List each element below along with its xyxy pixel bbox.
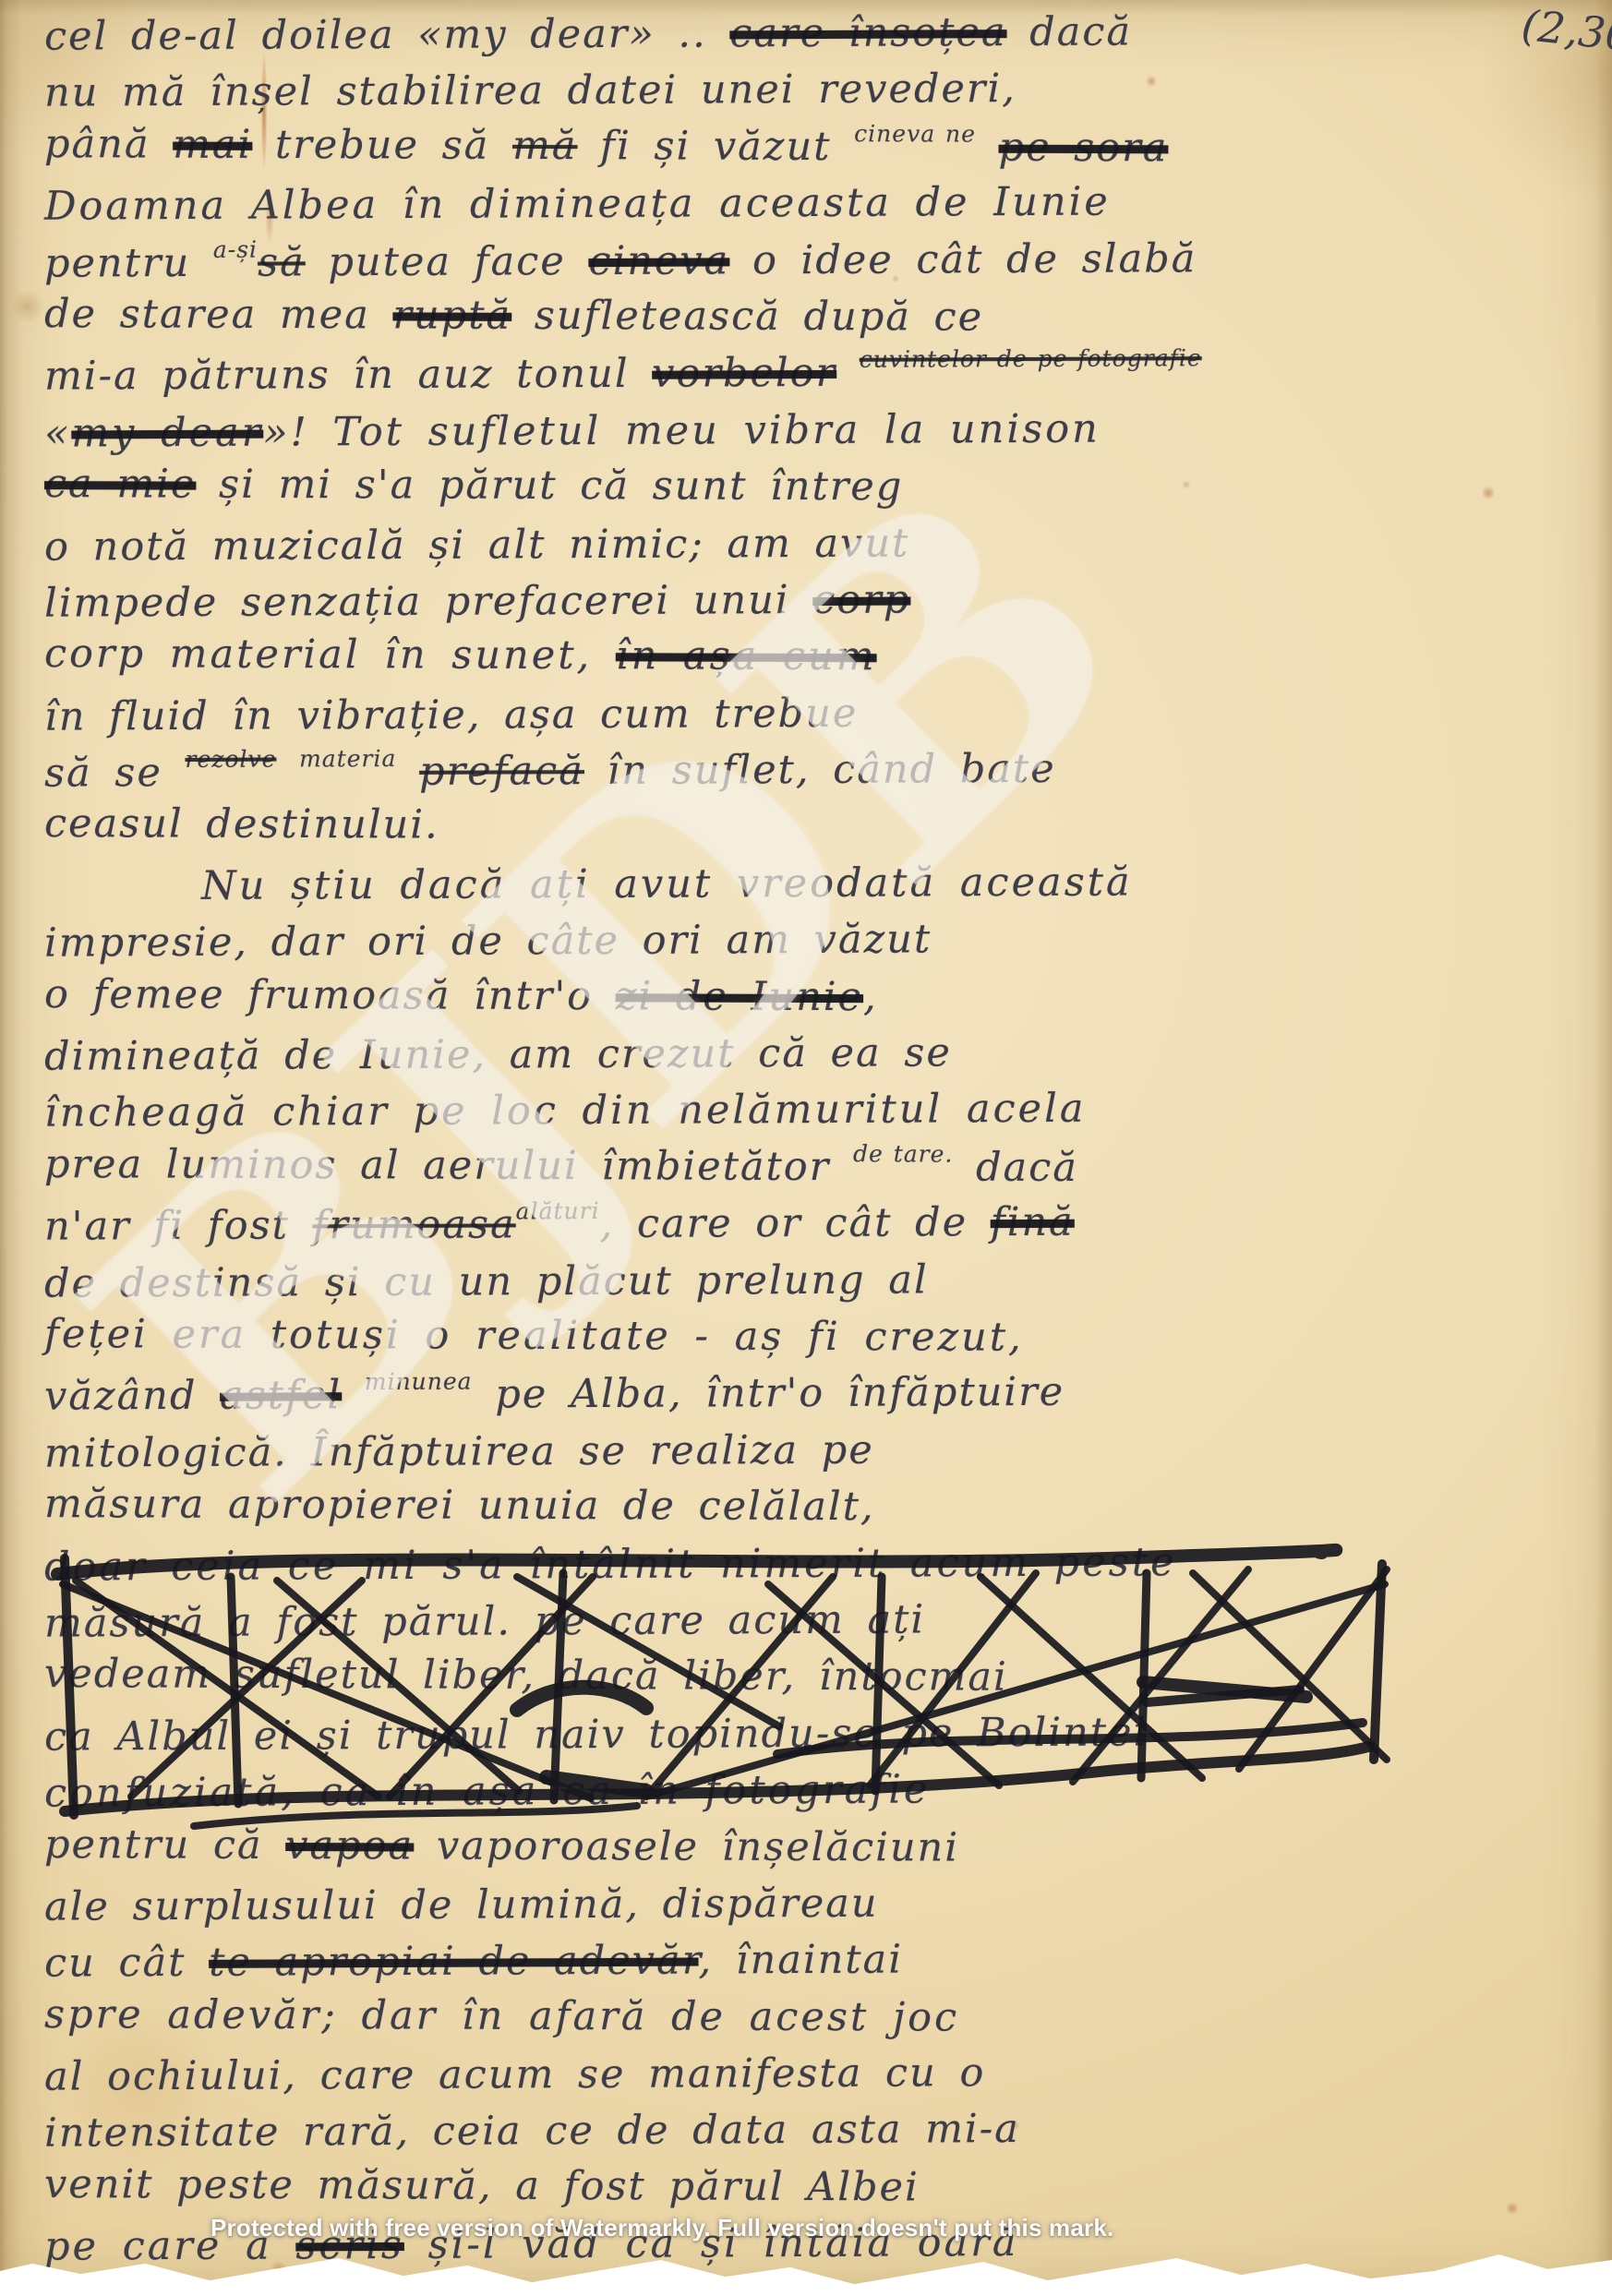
handwriting-segment: pentru — [44, 239, 213, 286]
manuscript-line: venit peste măsură, a fost părul Albei — [44, 2157, 1584, 2218]
handwriting-segment: o idee cât de slabă — [729, 235, 1197, 283]
struck-word: pe sora — [999, 124, 1169, 171]
manuscript-line: cu cât te apropiai de adevăr, înaintai — [44, 1929, 1584, 1993]
struck-word: my dear — [71, 409, 263, 456]
handwriting-segment: mi-a pătruns în auz tonul — [44, 351, 652, 400]
struck-word: ruptă — [392, 292, 511, 338]
struck-word: fină — [991, 1199, 1075, 1245]
handwriting-segment: pe Alba, într'o înfăptuire — [473, 1369, 1065, 1418]
manuscript-scan: cel de-al doilea «my dear» .. care însoț… — [0, 0, 1612, 2296]
handwriting-segment — [836, 350, 860, 396]
manuscript-line: ca Albul ei și trupul naiv topindu-se pe… — [44, 1702, 1584, 1766]
handwriting-segment: cu cât — [44, 1940, 209, 1987]
handwriting-segment: de starea mea — [44, 291, 393, 338]
struck-word: să — [258, 239, 306, 285]
handwriting-segment: a-și — [213, 235, 258, 262]
struck-word: te apropiai de adevăr — [209, 1938, 699, 1986]
struck-word: cineva — [588, 237, 729, 284]
handwriting-segment: trebue să — [252, 122, 512, 169]
manuscript-line: ale surplusului de lumină, dispăreau — [44, 1872, 1584, 1936]
manuscript-line: nu mă înșel stabilirea datei unei revede… — [44, 59, 1584, 123]
handwriting-segment: vaporoasele înșelăciuni — [414, 1822, 959, 1870]
struck-word: mă — [512, 123, 578, 169]
handwriting-segment: ale surplusului de lumină, dispăreau — [44, 1881, 879, 1930]
struck-word: care însoțea — [729, 9, 1006, 56]
handwriting-segment: al ochiului, care acum se manifesta cu o — [44, 2050, 986, 2099]
handwriting-segment: cel de-al doilea «my dear» .. — [44, 10, 730, 59]
handwriting-segment: de tare. — [853, 1140, 953, 1167]
handwriting-segment: cineva ne — [854, 120, 976, 147]
manuscript-line: pentru că vapoa vaporoasele înșelăciuni — [44, 1817, 1584, 1879]
manuscript-line: confuziată, ca în așa ca în fotografie — [44, 1759, 1584, 1822]
handwriting-segment — [396, 749, 419, 795]
struck-word: rezolve — [185, 746, 276, 773]
watermarkly-notice: Protected with free version of Watermark… — [211, 2214, 1113, 2242]
handwriting-segment: vedeam sufletul liber, dacă liber, întoc… — [44, 1651, 1008, 1701]
handwriting-segment: corp material în sunet, — [44, 631, 616, 679]
handwriting-segment: venit peste măsură, a fost părul Albei — [44, 2161, 920, 2210]
handwriting-segment: doar ceia ce mi s'a întâlnit nimerit acu… — [44, 1539, 1177, 1590]
handwriting-segment: dacă — [953, 1144, 1078, 1190]
manuscript-line: pentru a-șisă putea face cineva o idee c… — [44, 229, 1584, 293]
handwriting-segment: materia — [299, 745, 396, 772]
struck-word: ca mie — [44, 461, 197, 508]
struck-word: mai — [173, 121, 252, 167]
manuscript-line: «my dear»! Tot sufletul meu vibra la uni… — [44, 399, 1584, 463]
handwriting-segment: măsură a fost părul. pe care acum ați — [44, 1596, 925, 1646]
handwriting-segment — [976, 124, 999, 170]
manuscript-line: până mai trebue să mă fi și văzut cineva… — [44, 116, 1584, 178]
handwriting-segment: putea face — [306, 238, 589, 285]
manuscript-line: spre adevăr; dar în afară de acest joc — [44, 1987, 1584, 2049]
manuscript-line: al ochiului, care acum se manifesta cu o — [44, 2042, 1584, 2106]
handwriting-segment: confuziată, ca în așa ca în fotografie — [44, 1767, 931, 1817]
manuscript-line: Doamna Albea în dimineața aceasta de Iun… — [44, 173, 1584, 236]
manuscript-line: intensitate rară, ceia ce de data asta m… — [44, 2099, 1584, 2163]
handwriting-segment: să se — [44, 750, 186, 797]
handwriting-segment: dacă — [1006, 8, 1132, 55]
handwriting-segment: măsura apropierei unuia de celălalt, — [44, 1481, 875, 1530]
handwriting-segment: fi și văzut — [577, 123, 854, 170]
handwriting-segment: , înaintai — [698, 1937, 903, 1984]
struck-word: vorbelor — [652, 350, 836, 397]
handwriting-segment: nu mă înșel stabilirea datei unei revede… — [44, 66, 1017, 116]
manuscript-line: cel de-al doilea «my dear» .. care însoț… — [44, 2, 1584, 66]
manuscript-line: de starea mea ruptă sufletească după ce — [44, 286, 1584, 348]
handwriting-segment — [276, 750, 299, 796]
handwriting-segment: « — [44, 410, 72, 456]
handwriting-segment: până — [44, 121, 173, 167]
manuscript-line: măsură a fost părul. pe care acum ați — [44, 1589, 1584, 1653]
manuscript-line: mi-a pătruns în auz tonul vorbelor cuvin… — [44, 343, 1584, 406]
handwriting-segment: intensitate rară, ceia ce de data asta m… — [44, 2106, 1020, 2157]
manuscript-line: vedeam sufletul liber, dacă liber, întoc… — [44, 1646, 1584, 1708]
handwriting-segment: sufletească după ce — [511, 293, 983, 341]
struck-word: vapoa — [285, 1822, 414, 1869]
handwriting-segment: »! Tot sufletul meu vibra la unison — [263, 405, 1101, 455]
manuscript-line: doar ceia ce mi s'a întâlnit nimerit acu… — [44, 1533, 1584, 1596]
struck-word: cuvintelor de pe fotografie — [860, 345, 1202, 374]
handwriting-segment: Doamna Albea în dimineața aceasta de Iun… — [44, 179, 1111, 230]
handwriting-segment: ca Albul ei și trupul naiv topindu-se pe… — [44, 1709, 1148, 1760]
handwriting-segment: spre adevăr; dar în afară de acest joc — [44, 1991, 959, 2040]
handwriting-segment: pentru că — [44, 1821, 285, 1869]
paper-sheet: cel de-al doilea «my dear» .. care însoț… — [0, 0, 1612, 2296]
handwriting-segment: ceasul destinului. — [44, 801, 439, 848]
